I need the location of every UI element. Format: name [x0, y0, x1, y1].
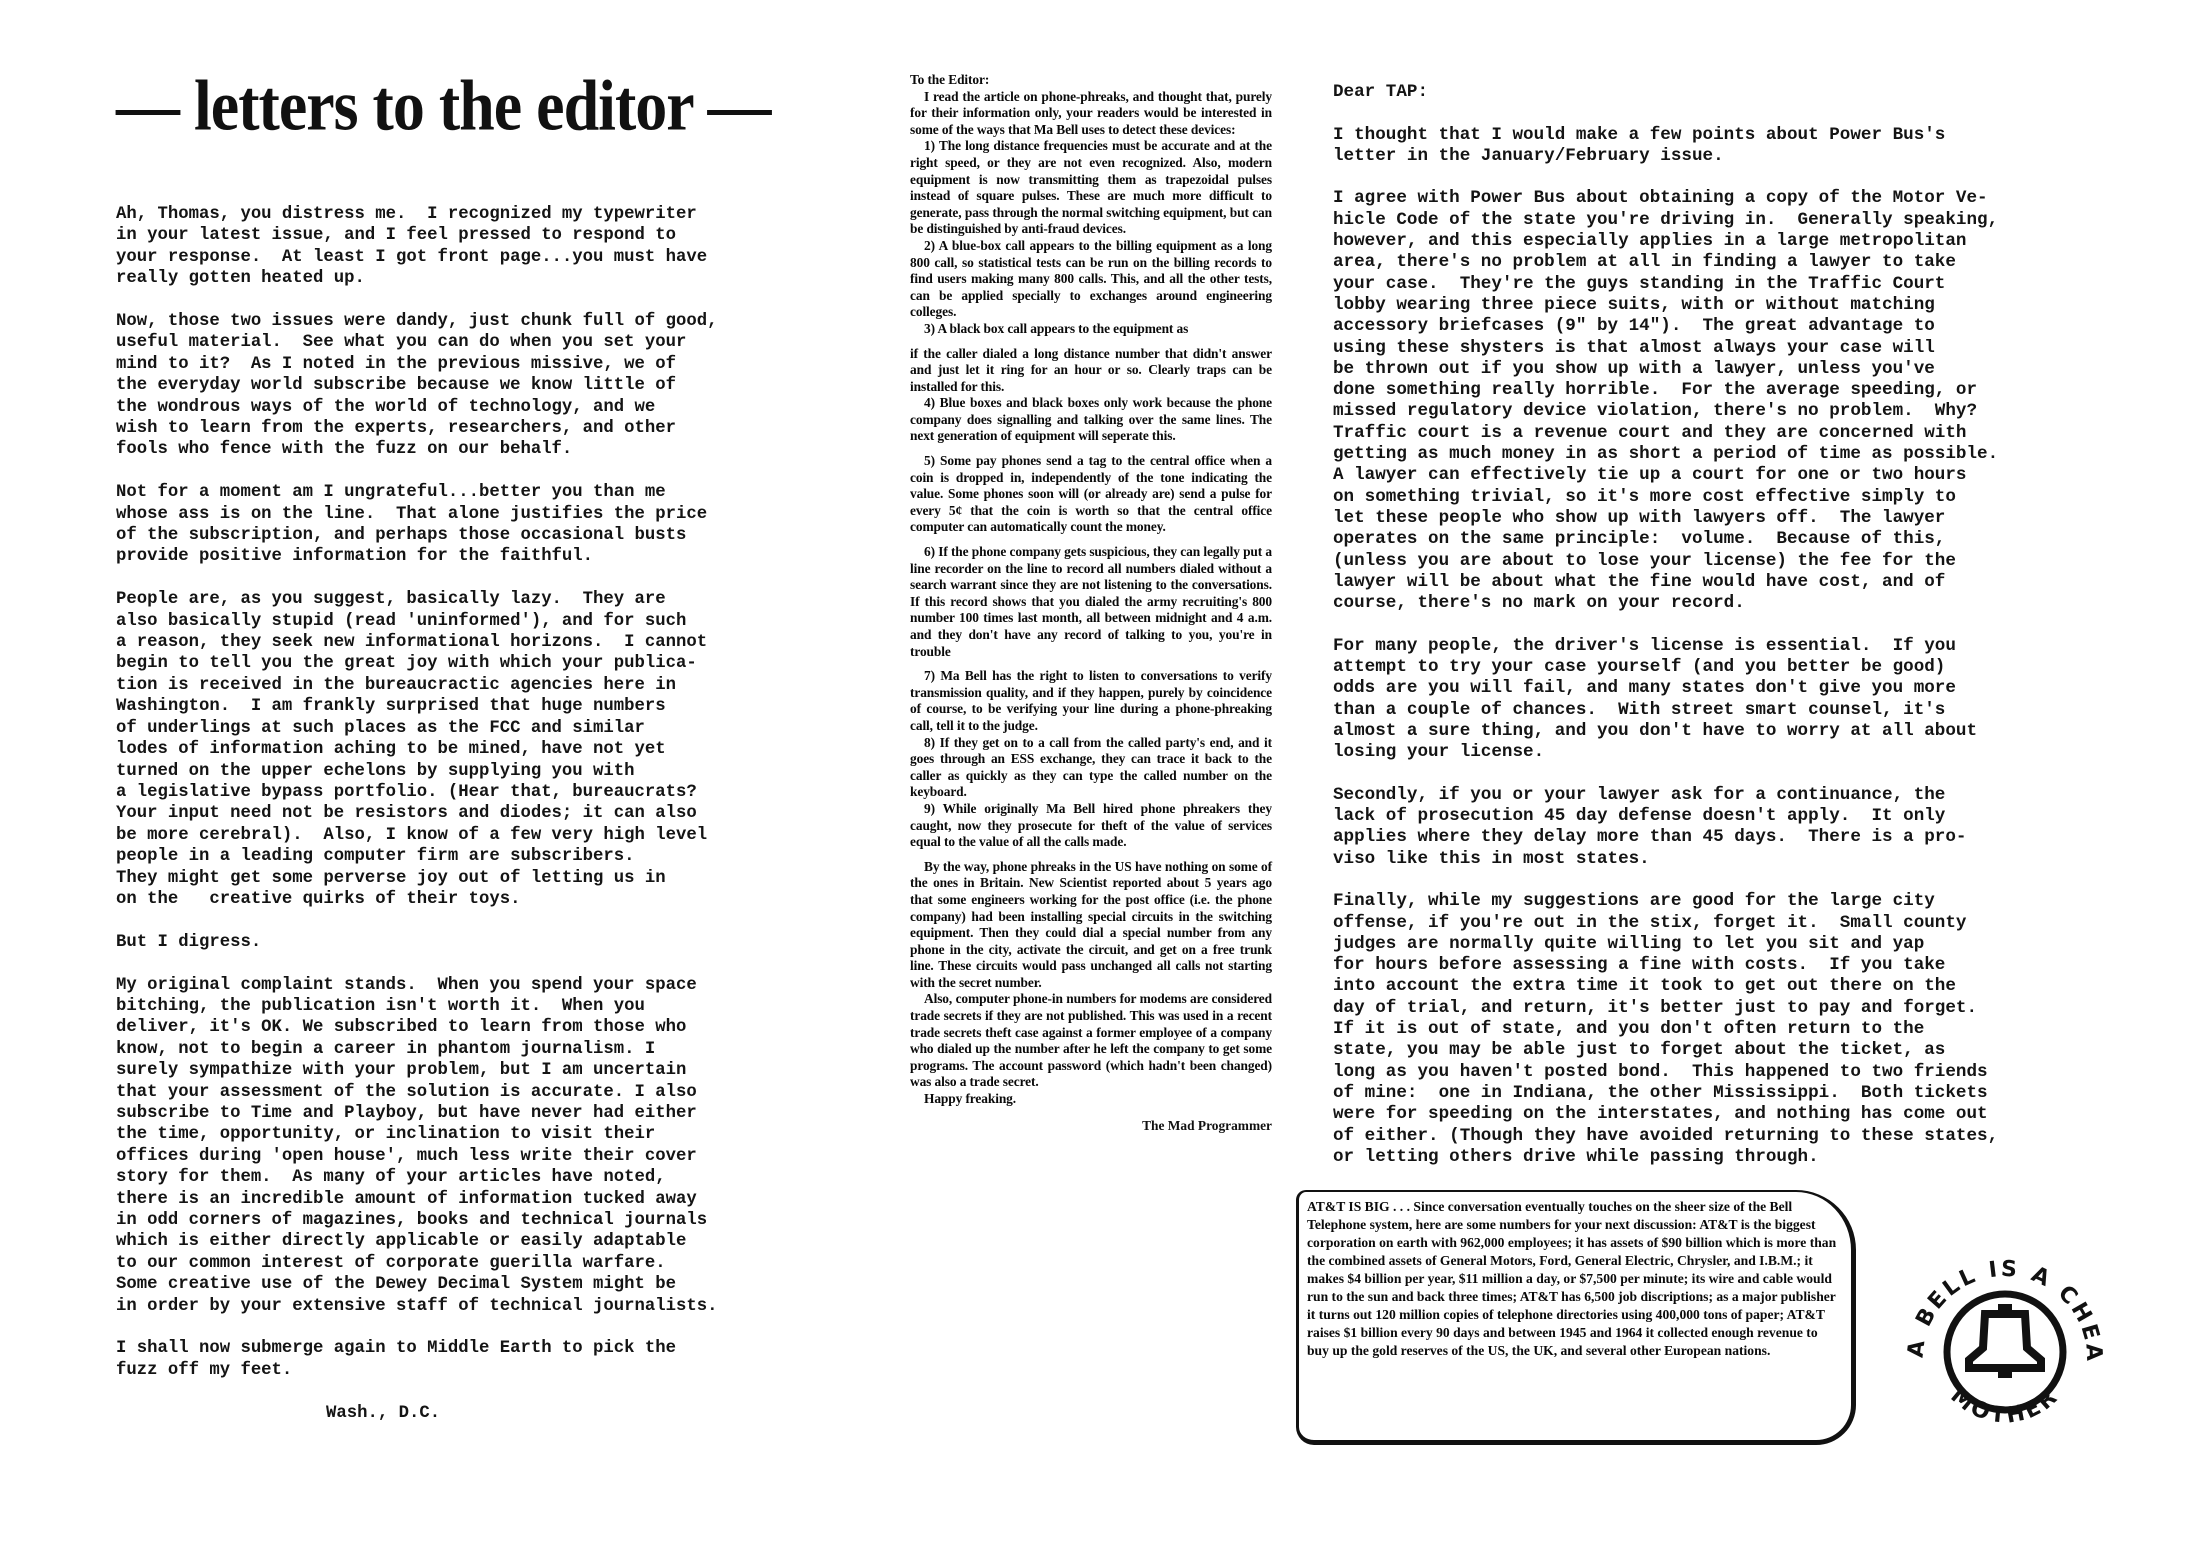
middle-paragraph-6: 4) Blue boxes and black boxes only work …: [910, 395, 1272, 445]
middle-paragraph-13: Also, computer phone-in numbers for mode…: [910, 991, 1272, 1091]
left-paragraph-1: Ah, Thomas, you distress me. I recognize…: [116, 204, 876, 290]
left-paragraph-4: People are, as you suggest, basically la…: [116, 589, 876, 910]
att-is-big-clipping: AT&T IS BIG . . . Since conversation eve…: [1296, 1190, 1856, 1445]
right-paragraph-1: I thought that I would make a few points…: [1333, 125, 2183, 168]
ma-bell-logo: MA BELL IS A CHEAP MOTHER: [1895, 1240, 2115, 1440]
svg-text:MA BELL IS A CHEAP: MA BELL IS A CHEAP: [1895, 1240, 2106, 1364]
page-headline: — letters to the editor —: [116, 70, 876, 142]
left-paragraph-7: I shall now submerge again to Middle Ear…: [116, 1338, 876, 1381]
middle-paragraph-11: 9) While originally Ma Bell hired phone …: [910, 801, 1272, 851]
left-paragraph-5: But I digress.: [116, 932, 876, 953]
clipping-text: AT&T IS BIG . . . Since conversation eve…: [1307, 1198, 1841, 1360]
right-salutation: Dear TAP:: [1333, 82, 2183, 103]
middle-paragraph-12: By the way, phone phreaks in the US have…: [910, 859, 1272, 992]
middle-signature: The Mad Programmer: [910, 1118, 1272, 1134]
middle-paragraph-5: if the caller dialed a long distance num…: [910, 346, 1272, 396]
middle-paragraph-9: 7) Ma Bell has the right to listen to co…: [910, 668, 1272, 734]
right-paragraph-2: I agree with Power Bus about obtaining a…: [1333, 188, 2183, 614]
middle-paragraph-2: 1) The long distance frequencies must be…: [910, 138, 1272, 238]
right-paragraph-5: Finally, while my suggestions are good f…: [1333, 891, 2183, 1168]
left-paragraph-3: Not for a moment am I ungrateful...bette…: [116, 482, 876, 568]
newsletter-page: — letters to the editor — Ah, Thomas, yo…: [0, 0, 2208, 1567]
middle-paragraph-8: 6) If the phone company gets suspicious,…: [910, 544, 1272, 660]
left-letter: — letters to the editor — Ah, Thomas, yo…: [116, 70, 876, 1445]
logo-top-text: MA BELL IS A CHEAP: [1895, 1240, 2106, 1364]
left-signature: Wash., D.C.: [326, 1403, 876, 1424]
bell-icon: MA BELL IS A CHEAP MOTHER: [1895, 1240, 2115, 1440]
left-paragraph-6: My original complaint stands. When you s…: [116, 975, 876, 1318]
middle-paragraph-14: Happy freaking.: [910, 1091, 1272, 1108]
middle-salutation: To the Editor:: [910, 72, 1272, 89]
middle-paragraph-7: 5) Some pay phones send a tag to the cen…: [910, 453, 1272, 536]
middle-paragraph-1: I read the article on phone-phreaks, and…: [910, 89, 1272, 139]
middle-paragraph-3: 2) A blue-box call appears to the billin…: [910, 238, 1272, 321]
left-paragraph-2: Now, those two issues were dandy, just c…: [116, 311, 876, 461]
middle-paragraph-4: 3) A black box call appears to the equip…: [910, 321, 1272, 338]
right-paragraph-3: For many people, the driver's license is…: [1333, 636, 2183, 764]
svg-text:MOTHER: MOTHER: [1946, 1383, 2065, 1429]
right-paragraph-4: Secondly, if you or your lawyer ask for …: [1333, 785, 2183, 870]
logo-bottom-text: MOTHER: [1946, 1383, 2065, 1429]
middle-letter: To the Editor: I read the article on pho…: [910, 72, 1272, 1147]
right-letter: Dear TAP: I thought that I would make a …: [1333, 82, 2183, 1189]
middle-paragraph-10: 8) If they get on to a call from the cal…: [910, 735, 1272, 801]
